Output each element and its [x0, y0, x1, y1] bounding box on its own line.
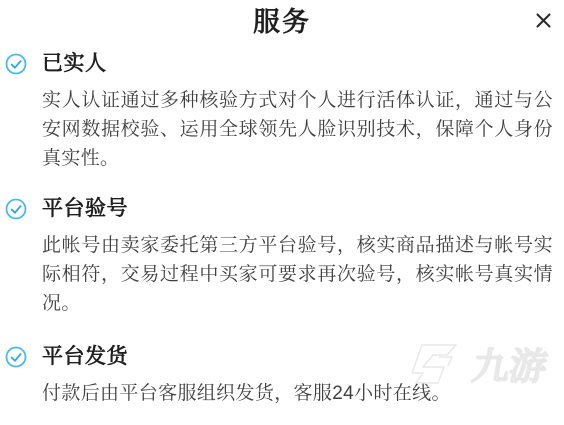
close-button[interactable]: [528, 5, 558, 35]
section-title: 平台发货: [42, 343, 128, 371]
section-header: 已实人: [5, 50, 564, 78]
section-header: 平台验号: [5, 195, 564, 223]
check-circle-icon: [5, 53, 27, 75]
service-section-platform-delivery: 平台发货 付款后由平台客服组织发货，客服24小时在线。: [0, 343, 564, 408]
dialog-header: 服务: [0, 0, 564, 44]
section-title: 平台验号: [42, 195, 128, 223]
section-header: 平台发货: [5, 343, 564, 371]
section-description: 实人认证通过多种核验方式对个人进行活体认证，通过与公安网数据校验、运用全球领先人…: [42, 86, 553, 173]
service-section-platform-account-check: 平台验号 此帐号由卖家委托第三方平台验号，核实商品描述与帐号实际相符，交易过程中…: [0, 195, 564, 318]
service-dialog: 服务 已实人 实人认证通过多种核验方式对个人进行活体认证，通过与公安网数据校验、…: [0, 0, 564, 425]
dialog-title: 服务: [253, 0, 311, 44]
section-description: 付款后由平台客服组织发货，客服24小时在线。: [42, 379, 553, 408]
check-circle-icon: [5, 198, 27, 220]
close-icon: [535, 12, 552, 29]
check-circle-icon: [5, 346, 27, 368]
section-title: 已实人: [42, 50, 107, 78]
section-description: 此帐号由卖家委托第三方平台验号，核实商品描述与帐号实际相符，交易过程中买家可要求…: [42, 231, 553, 318]
service-section-verified-person: 已实人 实人认证通过多种核验方式对个人进行活体认证，通过与公安网数据校验、运用全…: [0, 50, 564, 173]
